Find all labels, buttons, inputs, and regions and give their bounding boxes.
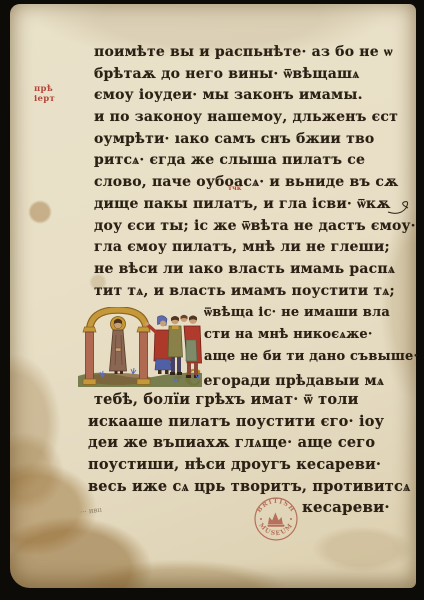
- text-line: брѣтаѫ до него вины· ѿвѣщашѧ: [94, 64, 406, 86]
- text-line: ємоу іоудеи· мы законъ имамы.: [94, 85, 406, 107]
- text-line-text: егоради прѣдавыи мѧ: [204, 373, 385, 389]
- text-line: тебѣ, болїи грѣхъ имат· ѿ толи: [94, 389, 406, 411]
- text-block: поимѣте вы и распьнѣте· аз бо не ѡбрѣтаѫ…: [86, 42, 406, 519]
- christ-figure: [110, 317, 127, 375]
- marginal-rubric-line: іерт: [34, 94, 55, 104]
- text-line: и по законоу нашемоу, дльженъ єст: [94, 107, 406, 129]
- accusers-group: [145, 315, 201, 378]
- miniature-christ-led-before-pilate: [76, 307, 204, 389]
- british-museum-stamp: BRITISH MUSEUM: [253, 496, 299, 542]
- text-line: кесареви·: [302, 497, 406, 519]
- margin-flourish: [386, 196, 416, 220]
- text-line: поимѣте вы и распьнѣте· аз бо не ѡ: [94, 42, 406, 64]
- text-line: гла ємоу пилатъ, мнѣ ли не глеши;: [94, 237, 406, 259]
- text-line: тит тѧ, и власть имамъ поустити тѧ;: [94, 281, 406, 303]
- text-line: дище пакы пилатъ, и гла ісви· ѿкѫ: [94, 194, 406, 216]
- text-line: ✛Сегоради прѣдавыи мѧ: [174, 367, 406, 389]
- marginal-rubric: прѣ іерт: [34, 84, 55, 104]
- text-line: оумрѣти· ıако самъ снъ бжии тво: [94, 129, 406, 151]
- text-line: не вѣси ли ıако власть имамь распѧ: [94, 259, 406, 281]
- text-line: ритсѧ· єгда же слыша пилатъ се: [94, 150, 406, 172]
- text-line: деи же въпиахѫ глѧще· аще сего: [88, 432, 406, 454]
- text-line: аще не би ти дано съвыше·: [204, 346, 406, 368]
- manuscript-photo: прѣ іерт тчк поимѣте вы и распьнѣте· аз …: [0, 0, 424, 600]
- stamp-text-top: BRITISH: [256, 498, 297, 514]
- text-line: искааше пилатъ поустити єго· іоу: [88, 411, 406, 433]
- text-line: поустиши, нѣси дроугъ кесареви·: [88, 454, 406, 476]
- text-line: слово, паче оубоасѧ· и вьниде въ сѫ: [94, 172, 406, 194]
- text-line: весь иже сѧ црь творитъ, противитсѧ: [88, 476, 406, 498]
- text-line: ѿвѣща іс· не имаши вла: [204, 302, 406, 324]
- text-line: сти на мнѣ никоєѧже·: [204, 324, 406, 346]
- text-line: доу єси ты; іс же ѿвѣта не дастъ ємоу·: [94, 216, 406, 238]
- marginal-rubric-line: прѣ: [34, 84, 55, 94]
- svg-text:BRITISH: BRITISH: [256, 498, 297, 514]
